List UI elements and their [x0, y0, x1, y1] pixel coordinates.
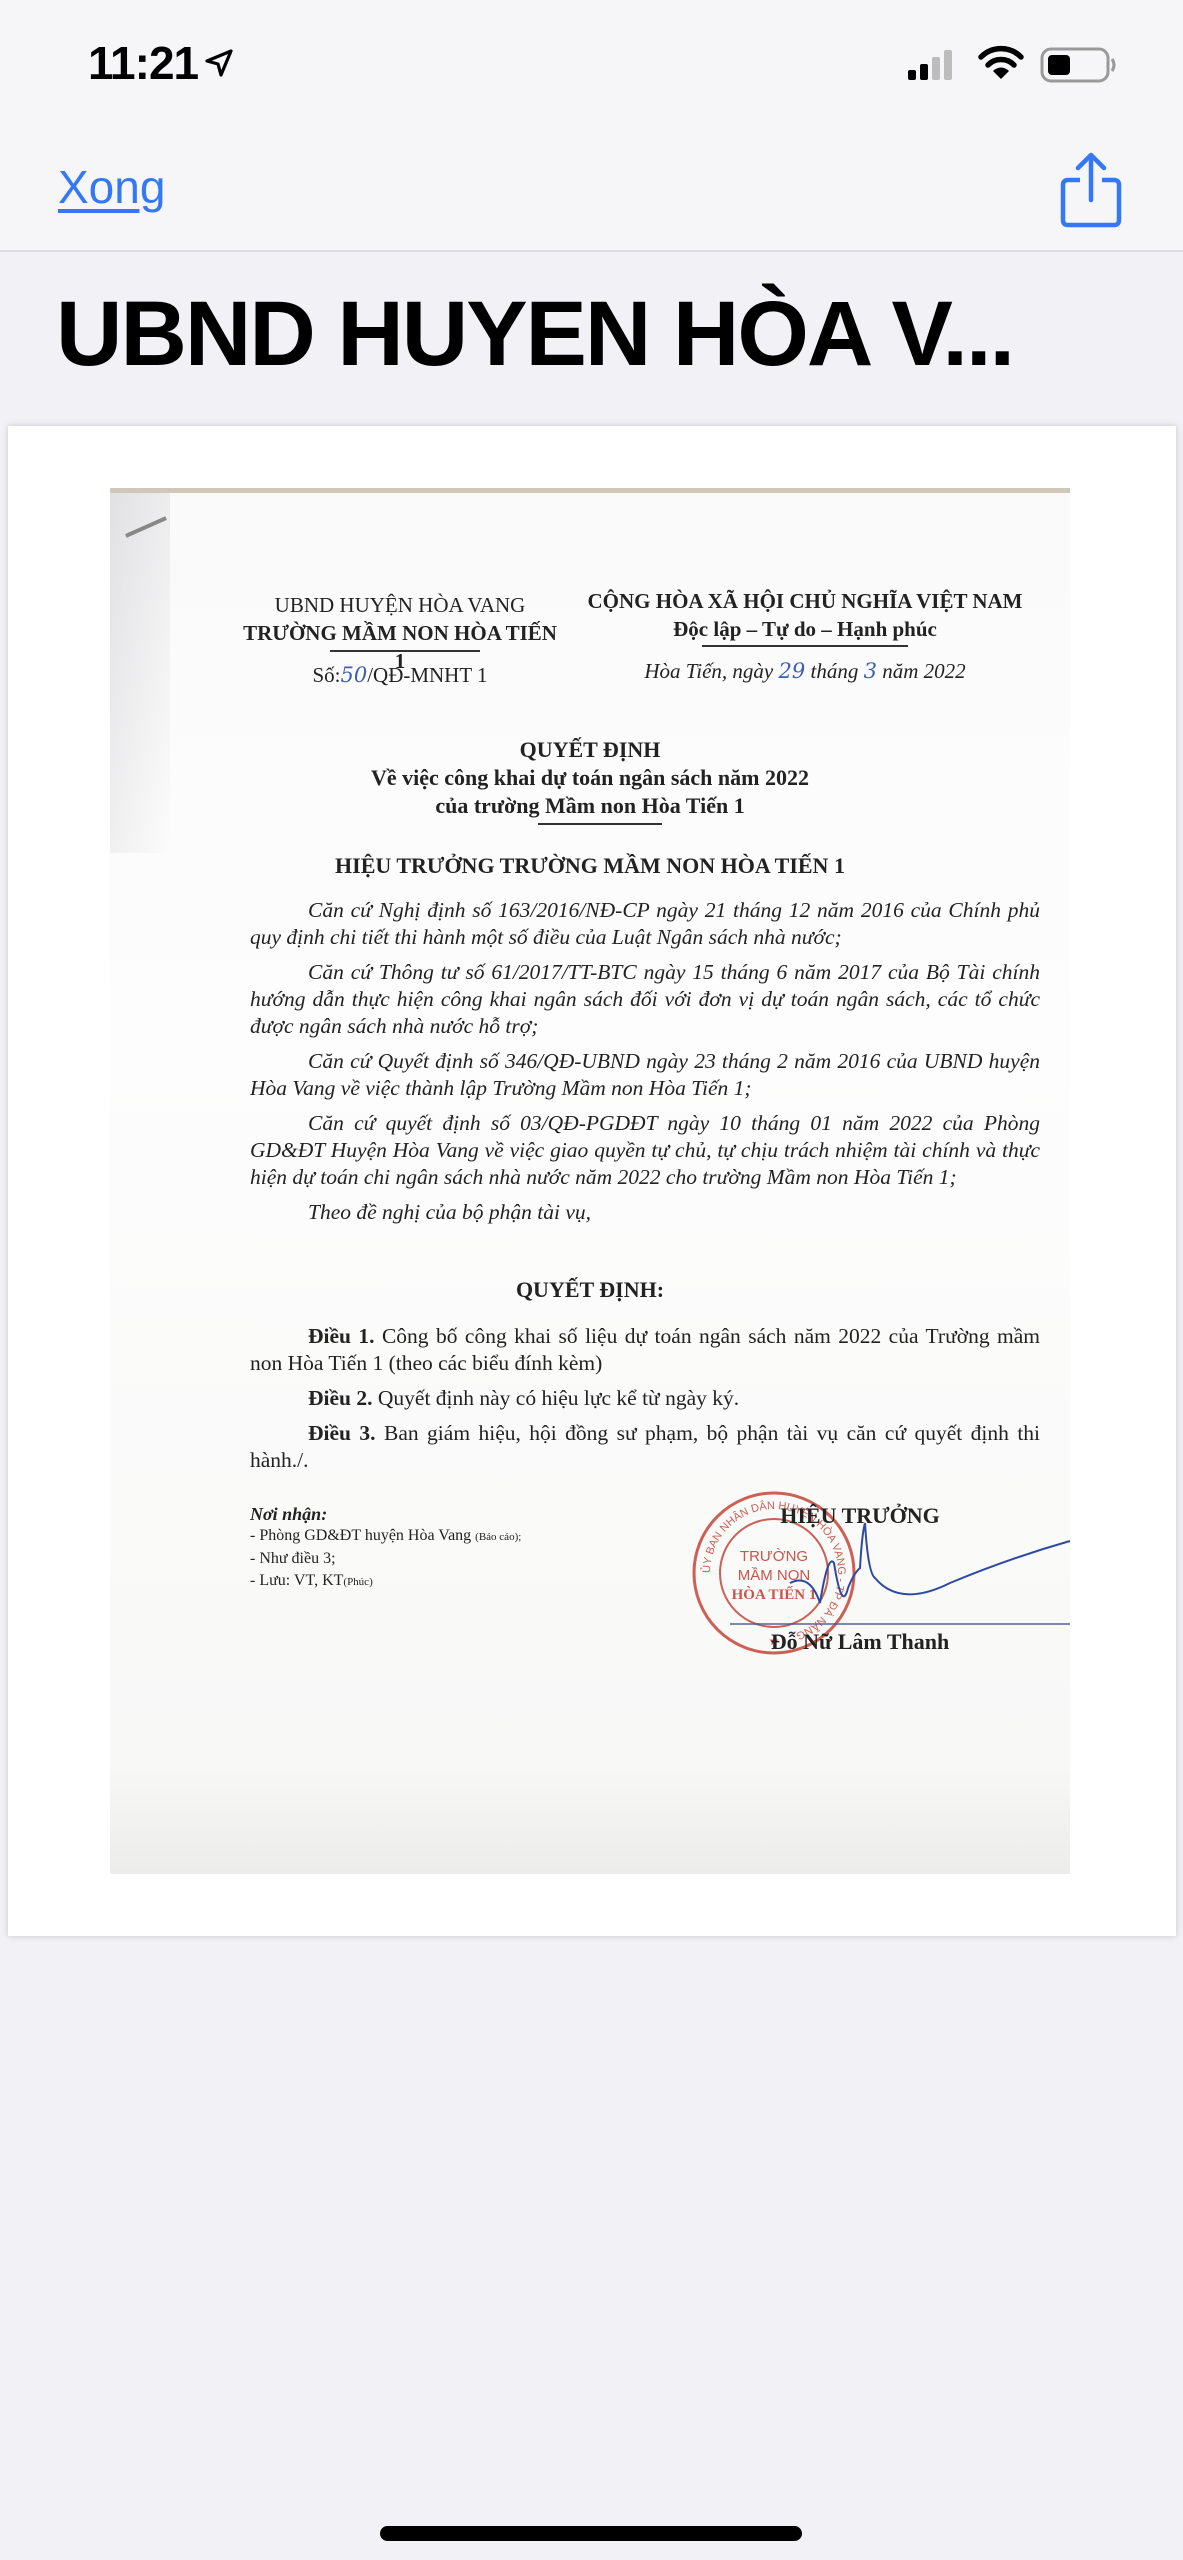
- document-number: Số:50/QĐ-MNHT 1: [240, 663, 560, 688]
- recipient-item: - Phòng GD&ĐT huyện Hòa Vang (Báo cáo);: [250, 1525, 521, 1548]
- status-time: 11:21: [88, 36, 198, 90]
- authority-heading: HIỆU TRƯỞNG TRƯỜNG MẦM NON HÒA TIẾN 1: [110, 851, 1070, 881]
- decision-subtitle1: Về việc công khai dự toán ngân sách năm …: [110, 763, 1070, 793]
- number-suffix: /QĐ-MNHT 1: [367, 663, 487, 687]
- cellular-signal-icon: [906, 48, 958, 80]
- national-header: CỘNG HÒA XÃ HỘI CHỦ NGHĨA VIỆT NAM Độc l…: [570, 587, 1040, 643]
- home-indicator[interactable]: [380, 2526, 802, 2541]
- recipients-heading: Nơi nhận:: [250, 1503, 521, 1525]
- preamble-item: Theo đề nghị của bộ phận tài vụ,: [250, 1199, 1040, 1226]
- share-icon[interactable]: [1058, 150, 1124, 230]
- header-underline-left: [330, 650, 480, 652]
- scanned-page: UBND HUYỆN HÒA VANG TRƯỜNG MẦM NON HÒA T…: [110, 488, 1070, 1874]
- number-handwritten: 50: [340, 663, 367, 687]
- preamble-item: Căn cứ Quyết định số 346/QĐ-UBND ngày 23…: [250, 1048, 1040, 1102]
- date-month: 3: [864, 659, 877, 683]
- handwritten-signature: [750, 1513, 1080, 1623]
- article-1: Điều 1. Công bố công khai số liệu dự toá…: [250, 1323, 1040, 1377]
- battery-icon: [1040, 46, 1118, 84]
- recipients: Nơi nhận: - Phòng GD&ĐT huyện Hòa Vang (…: [250, 1503, 521, 1593]
- header-underline-right: [702, 645, 908, 647]
- document-title: UBND HUYEN HÒA V...: [56, 282, 1013, 387]
- preamble-item: Căn cứ Thông tư số 61/2017/TT-BTC ngày 1…: [250, 959, 1040, 1040]
- national-line1: CỘNG HÒA XÃ HỘI CHỦ NGHĨA VIỆT NAM: [570, 587, 1040, 615]
- decides-heading: QUYẾT ĐỊNH:: [110, 1275, 1070, 1305]
- article-3: Điều 3. Ban giám hiệu, hội đồng sư phạm,…: [250, 1420, 1040, 1474]
- decision-subtitle2: của trường Mầm non Hòa Tiến 1: [110, 791, 1070, 821]
- signer-name: Đỗ Nữ Lâm Thanh: [730, 1629, 990, 1655]
- preamble-item: Căn cứ quyết định số 03/QĐ-PGDĐT ngày 10…: [250, 1110, 1040, 1191]
- articles: Điều 1. Công bố công khai số liệu dự toá…: [250, 1323, 1040, 1482]
- preamble-item: Căn cứ Nghị định số 163/2016/NĐ-CP ngày …: [250, 897, 1040, 951]
- preamble: Căn cứ Nghị định số 163/2016/NĐ-CP ngày …: [250, 897, 1040, 1234]
- number-prefix: Số:: [312, 663, 340, 687]
- issuer-line1: UBND HUYỆN HÒA VANG: [240, 591, 560, 619]
- document-content: UBND HUYỆN HÒA VANG TRƯỜNG MẦM NON HÒA T…: [110, 493, 1070, 1874]
- decision-title: QUYẾT ĐỊNH: [110, 735, 1070, 765]
- date-month-label: tháng: [811, 659, 859, 683]
- document-preview[interactable]: UBND HUYỆN HÒA VANG TRƯỜNG MẦM NON HÒA T…: [8, 426, 1176, 1936]
- article-2: Điều 2. Quyết định này có hiệu lực kể từ…: [250, 1385, 1040, 1412]
- document-date: Hòa Tiến, ngày 29 tháng 3 năm 2022: [570, 659, 1040, 684]
- national-line2: Độc lập – Tự do – Hạnh phúc: [570, 615, 1040, 643]
- navigation-bar: Xong: [0, 130, 1183, 252]
- subtitle-underline: [538, 823, 662, 825]
- date-prefix: Hòa Tiến, ngày: [644, 659, 773, 683]
- status-bar: 11:21: [0, 0, 1183, 130]
- wifi-icon: [978, 44, 1024, 82]
- recipient-item: - Như điều 3;: [250, 1548, 521, 1570]
- recipient-item: - Lưu: VT, KT(Phúc): [250, 1570, 521, 1593]
- date-year: năm 2022: [882, 659, 965, 683]
- date-day: 29: [779, 659, 806, 683]
- signature-line: [730, 1623, 1070, 1625]
- done-button[interactable]: Xong: [58, 160, 165, 214]
- location-arrow-icon: [204, 48, 234, 78]
